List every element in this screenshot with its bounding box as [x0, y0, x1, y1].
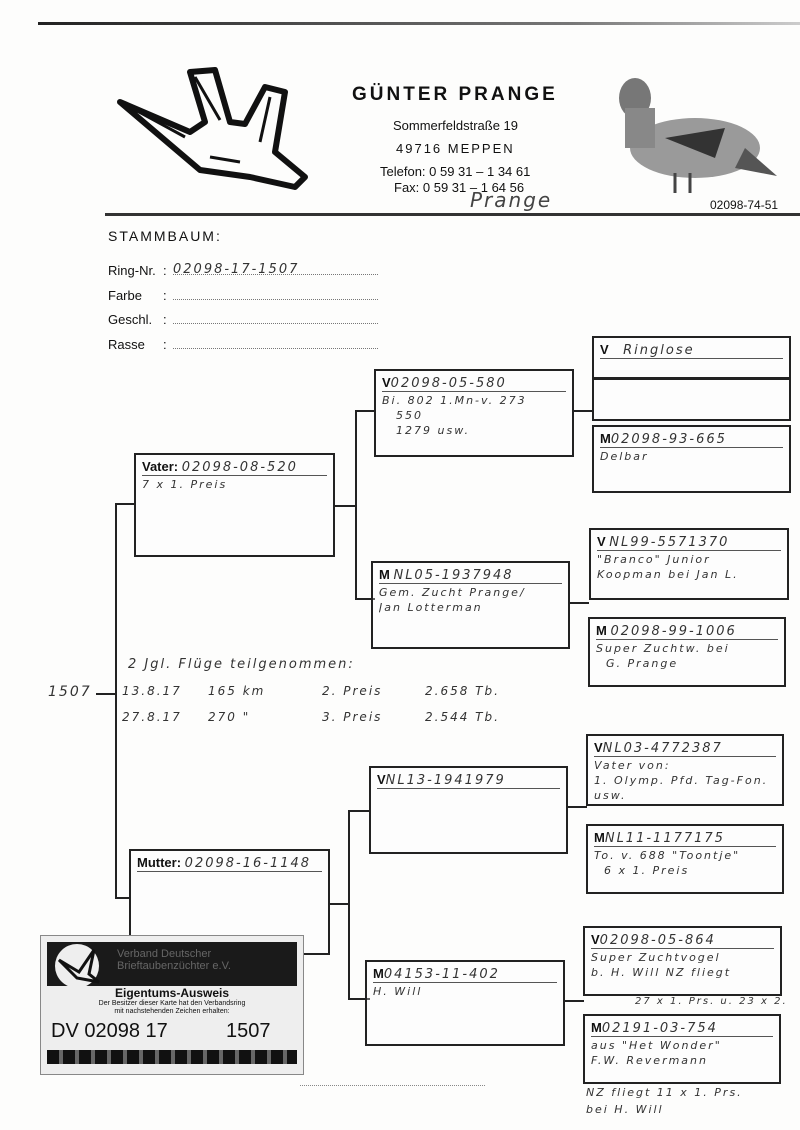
subject-ring-short: 1507: [48, 684, 92, 700]
vmm-ring: 02098-99-1006: [610, 624, 736, 639]
mmm-extra-note: NZ fliegt 11 x 1. Prs.: [586, 1086, 743, 1099]
vvv-box-lower: [592, 378, 791, 421]
vvv-ring: Ringlose: [623, 343, 694, 358]
connector: [329, 903, 349, 905]
mmm-label: M: [591, 1020, 602, 1035]
vater-ring: 02098-08-520: [182, 460, 298, 475]
mmm-box[interactable]: M02191-03-754 aus "Het Wonder" F.W. Reve…: [583, 1014, 781, 1084]
geschl-field[interactable]: [173, 309, 378, 324]
card-subtitle-line2: mit nachstehenden Zeichen erhalten:: [41, 1008, 303, 1016]
mvm-label: M: [594, 830, 605, 845]
farbe-label: Farbe: [108, 288, 142, 303]
breeder-phone: Telefon: 0 59 31 – 1 34 61: [380, 164, 530, 179]
mvm-ring: NL11-1177175: [605, 831, 725, 846]
bottom-dotted-line: [300, 1085, 485, 1086]
flying-bird-logo-icon: [110, 62, 315, 197]
mutter-mutter-box[interactable]: M04153-11-402 H. Will: [365, 960, 565, 1046]
vvm-note: Delbar: [600, 450, 783, 463]
vvm-label: M: [600, 431, 611, 446]
colon: :: [163, 288, 167, 303]
vvv-box[interactable]: V Ringlose: [592, 336, 791, 379]
vmm-note: G. Prange: [596, 657, 778, 670]
vv-note: 1279 usw.: [382, 424, 566, 437]
vvm-box[interactable]: M02098-93-665 Delbar: [592, 425, 791, 493]
vater-box[interactable]: Vater: 02098-08-520 7 x 1. Preis: [134, 453, 335, 557]
vv-ring: 02098-05-580: [391, 376, 507, 391]
mvm-note: To. v. 688 "Toontje": [594, 849, 776, 862]
vv-note: Bi. 802 1.Mn-v. 273: [382, 394, 566, 407]
mvv-box[interactable]: VNL03-4772387 Vater von: 1. Olymp. Pfd. …: [586, 734, 784, 806]
card-title: Eigentums-Ausweis: [41, 986, 303, 1000]
vmm-note: Super Zuchtw. bei: [596, 642, 778, 655]
mm-note: H. Will: [373, 985, 557, 998]
mvv-note: usw.: [594, 789, 776, 802]
connector: [334, 505, 356, 507]
connector: [96, 693, 116, 695]
mmv-note: Super Zuchtvogel: [591, 951, 774, 964]
vater-vater-box[interactable]: V02098-05-580 Bi. 802 1.Mn-v. 273 550 12…: [374, 369, 574, 457]
vater-label: Vater:: [142, 459, 178, 474]
vmv-note: Koopman bei Jan L.: [597, 568, 781, 581]
mutter-vater-box[interactable]: VNL13-1941979: [369, 766, 568, 854]
vmm-box[interactable]: M 02098-99-1006 Super Zuchtw. bei G. Pra…: [588, 617, 786, 687]
farbe-field[interactable]: [173, 285, 378, 300]
mvv-label: V: [594, 740, 603, 755]
flight-birds: 2.658 Tb.: [425, 684, 500, 698]
colon: :: [163, 337, 167, 352]
connector: [115, 503, 135, 505]
ring-label: Ring-Nr.: [108, 263, 156, 278]
flight-distance: 165 km: [208, 684, 265, 698]
card-ring-number: 1507: [226, 1020, 271, 1043]
mmm-note: F.W. Revermann: [591, 1054, 773, 1067]
vvv-label: V: [600, 342, 609, 357]
mmm-extra-note: bei H. Will: [586, 1103, 664, 1116]
card-org-line2: Brieftaubenzüchter e.V.: [117, 960, 297, 972]
connector: [564, 1000, 584, 1002]
mvm-note: 6 x 1. Preis: [594, 864, 776, 877]
card-bird-logo-icon: [49, 942, 105, 992]
mm-ring: 04153-11-402: [384, 967, 500, 982]
connector: [348, 810, 350, 1000]
top-rule: [38, 22, 800, 25]
rasse-field[interactable]: [173, 334, 378, 349]
flight-date: 27.8.17: [122, 710, 182, 724]
connector: [569, 602, 589, 604]
vmv-note: "Branco" Junior: [597, 553, 781, 566]
signature: Prange: [470, 188, 552, 212]
connector: [567, 806, 587, 808]
breeder-name: GÜNTER PRANGE: [352, 84, 558, 106]
mmm-ring: 02191-03-754: [602, 1021, 718, 1036]
connector: [115, 897, 130, 899]
flight-date: 13.8.17: [122, 684, 182, 698]
connector: [115, 503, 117, 899]
mv-label: V: [377, 772, 386, 787]
mutter-ring: 02098-16-1148: [185, 856, 311, 871]
flight-place: 3. Preis: [322, 710, 382, 724]
flight-distance: 270 ": [208, 710, 250, 724]
vm-note: Jan Lotterman: [379, 601, 562, 614]
mmv-ring: 02098-05-864: [600, 933, 716, 948]
vm-label: M: [379, 567, 390, 582]
mutter-label: Mutter:: [137, 855, 181, 870]
mmv-box[interactable]: V02098-05-864 Super Zuchtvogel b. H. Wil…: [583, 926, 782, 996]
colon: :: [163, 263, 167, 278]
vmv-box[interactable]: V NL99-5571370 "Branco" Junior Koopman b…: [589, 528, 789, 600]
ring-value: 02098-17-1507: [173, 262, 299, 277]
card-subtitle-line1: Der Besitzer dieser Karte hat den Verban…: [41, 1000, 303, 1008]
vvm-ring: 02098-93-665: [611, 432, 727, 447]
card-pattern-band: [47, 1050, 297, 1064]
breeder-code: 02098-74-51: [710, 198, 778, 212]
card-org-line1: Verband Deutscher: [117, 948, 297, 960]
vmm-label: M: [596, 623, 607, 638]
mv-ring: NL13-1941979: [386, 773, 506, 788]
connector: [573, 410, 593, 412]
connector: [355, 410, 375, 412]
mmv-extra-note: 27 x 1. Prs. u. 23 x 2.: [635, 996, 788, 1007]
breeder-city: 49716 MEPPEN: [396, 141, 515, 156]
ring-field[interactable]: 02098-17-1507: [173, 260, 378, 275]
mvm-box[interactable]: MNL11-1177175 To. v. 688 "Toontje" 6 x 1…: [586, 824, 784, 894]
header-rule: [105, 213, 800, 216]
colon: :: [163, 312, 167, 327]
vater-note: 7 x 1. Preis: [142, 478, 327, 491]
vmv-label: V: [597, 534, 606, 549]
pigeon-photo-icon: [605, 68, 780, 200]
connector: [348, 810, 370, 812]
breeder-street: Sommerfeldstraße 19: [393, 118, 518, 133]
mvv-note: Vater von:: [594, 759, 776, 772]
card-ring-prefix: DV 02098 17: [51, 1020, 168, 1043]
flight-place: 2. Preis: [322, 684, 382, 698]
mvv-note: 1. Olymp. Pfd. Tag-Fon.: [594, 774, 776, 787]
vv-label: V: [382, 375, 391, 390]
mm-label: M: [373, 966, 384, 981]
flight-birds: 2.544 Tb.: [425, 710, 500, 724]
mmm-note: aus "Het Wonder": [591, 1039, 773, 1052]
mmv-note: b. H. Will NZ fliegt: [591, 966, 774, 979]
mmv-label: V: [591, 932, 600, 947]
ownership-card: Verband Deutscher Brieftaubenzüchter e.V…: [40, 935, 304, 1075]
card-subtitle: Der Besitzer dieser Karte hat den Verban…: [41, 1000, 303, 1016]
rasse-label: Rasse: [108, 337, 145, 352]
vv-note: 550: [382, 409, 566, 422]
vater-mutter-box[interactable]: M NL05-1937948 Gem. Zucht Prange/ Jan Lo…: [371, 561, 570, 649]
mvv-ring: NL03-4772387: [603, 741, 723, 756]
vm-ring: NL05-1937948: [393, 568, 513, 583]
form-title: STAMMBAUM:: [108, 228, 222, 244]
vm-note: Gem. Zucht Prange/: [379, 586, 562, 599]
vmv-ring: NL99-5571370: [609, 535, 729, 550]
connector: [355, 410, 357, 600]
flights-heading: 2 Jgl. Flüge teilgenommen:: [128, 657, 355, 672]
geschl-label: Geschl.: [108, 312, 152, 327]
